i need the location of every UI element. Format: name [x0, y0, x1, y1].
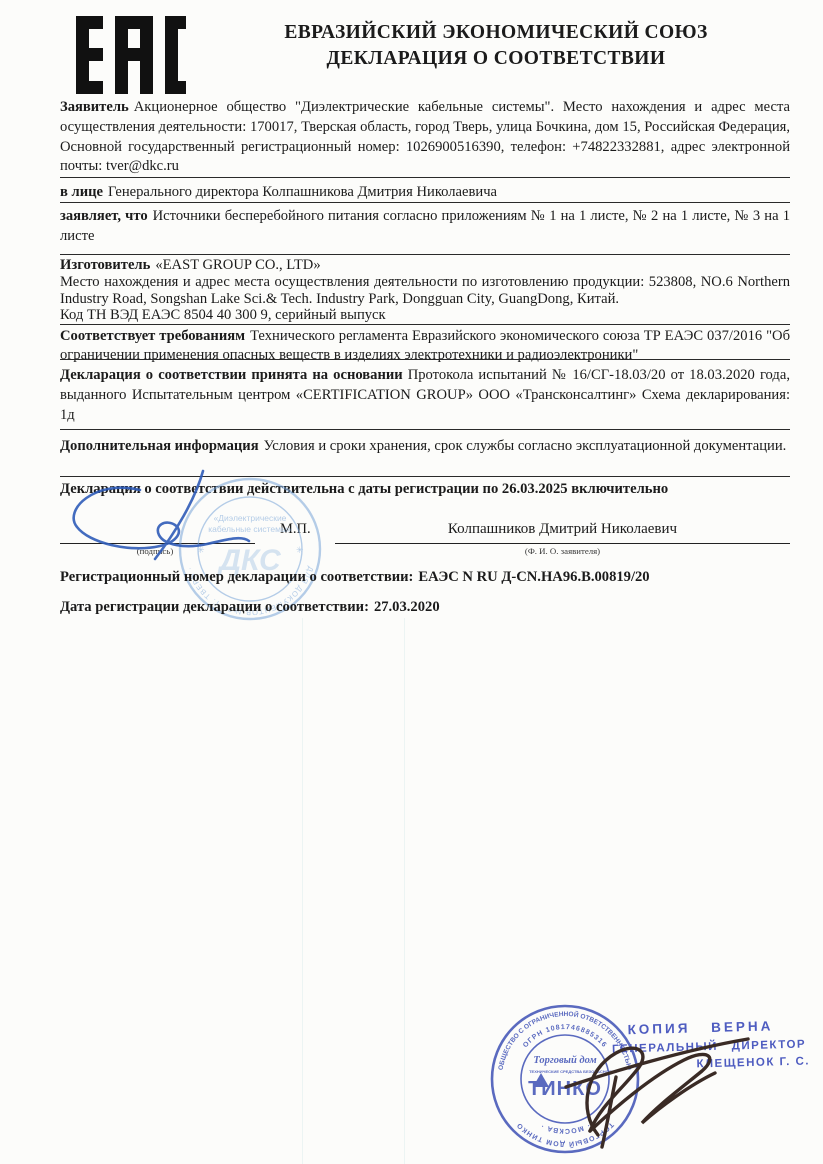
manufacturer-name-line: Изготовитель«EAST GROUP CO., LTD»: [60, 257, 790, 274]
registration-date-value: 27.03.2020: [374, 599, 440, 615]
section-divider: [60, 254, 790, 255]
section-divider: [60, 177, 790, 178]
registration-date-label: Дата регистрации декларации о соответств…: [60, 599, 369, 615]
manufacturer-tnved: Код ТН ВЭД ЕАЭС 8504 40 300 9, серийный …: [60, 307, 790, 324]
additional-info-text: Условия и сроки хранения, срок службы со…: [264, 438, 787, 454]
svg-text:✳: ✳: [296, 545, 304, 555]
in-face-paragraph: в лицеГенерального директора Колпашников…: [60, 183, 790, 202]
eac-logo: [74, 14, 186, 96]
manufacturer-name: «EAST GROUP CO., LTD»: [155, 257, 320, 273]
applicant-text: Акционерное общество "Диэлектрические ка…: [60, 99, 790, 174]
signatory-name-line: [335, 543, 790, 544]
scan-streak: [302, 618, 303, 1164]
registration-number-line: Регистрационный номер декларации о соотв…: [60, 568, 790, 587]
declaration-document: ЕВРАЗИЙСКИЙ ЭКОНОМИЧЕСКИЙ СОЮЗ ДЕКЛАРАЦИ…: [0, 0, 823, 1164]
compliance-label: Соответствует требованиям: [60, 328, 245, 344]
manufacturer-address: Место нахождения и адрес места осуществл…: [60, 274, 790, 308]
in-face-text: Генерального директора Колпашникова Дмит…: [108, 184, 497, 200]
declares-paragraph: заявляет, чтоИсточники бесперебойного пи…: [60, 207, 790, 246]
basis-label: Декларация о соответствии принята на осн…: [60, 367, 403, 383]
section-divider: [60, 429, 790, 430]
signatory-name-caption: (Ф. И. О. заявителя): [335, 546, 790, 556]
signatory-name: Колпашников Дмитрий Николаевич: [335, 521, 790, 538]
registration-date-line: Дата регистрации декларации о соответств…: [60, 598, 790, 617]
declares-label: заявляет, что: [60, 208, 148, 224]
registration-number-label: Регистрационный номер декларации о соотв…: [60, 569, 413, 585]
manufacturer-label: Изготовитель: [60, 257, 150, 273]
section-divider: [60, 202, 790, 203]
applicant-label: Заявитель: [60, 99, 129, 115]
additional-info-label: Дополнительная информация: [60, 438, 259, 454]
title-line-2: ДЕКЛАРАЦИЯ О СООТВЕТСТВИИ: [200, 46, 792, 72]
section-divider: [60, 359, 790, 360]
declares-text: Источники бесперебойного питания согласн…: [60, 208, 790, 244]
title-line-1: ЕВРАЗИЙСКИЙ ЭКОНОМИЧЕСКИЙ СОЮЗ: [200, 20, 792, 46]
additional-info-paragraph: Дополнительная информацияУсловия и сроки…: [60, 437, 790, 456]
scan-streak: [404, 618, 405, 1164]
applicant-paragraph: ЗаявительАкционерное общество "Диэлектри…: [60, 98, 790, 177]
manufacturer-paragraph: Изготовитель«EAST GROUP CO., LTD» Место …: [60, 257, 790, 324]
basis-paragraph: Декларация о соответствии принята на осн…: [60, 365, 790, 425]
director-signature: [558, 1015, 773, 1155]
document-title: ЕВРАЗИЙСКИЙ ЭКОНОМИЧЕСКИЙ СОЮЗ ДЕКЛАРАЦИ…: [200, 20, 792, 72]
in-face-label: в лице: [60, 184, 103, 200]
section-divider: [60, 324, 790, 325]
registration-number-value: ЕАЭС N RU Д-CN.HA96.B.00819/20: [418, 569, 649, 585]
declarant-signature: [55, 465, 265, 570]
